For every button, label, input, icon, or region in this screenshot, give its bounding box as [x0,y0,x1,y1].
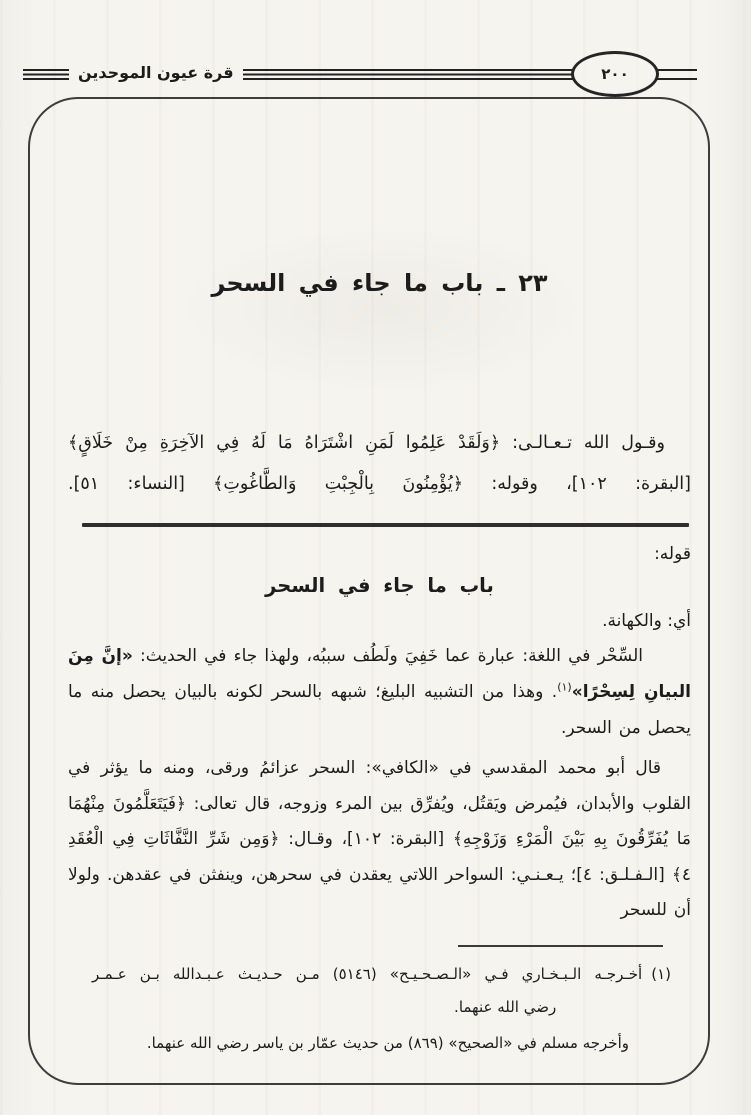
footnote-1: (١) أخـرجـه الـبـخـاري فـي «الـصـحـيـح» … [92,958,671,1024]
footnotes: (١) أخـرجـه الـبـخـاري فـي «الـصـحـيـح» … [92,958,671,1060]
chapter-heading: ٢٣ ـ باب ما جاء في السحر [68,269,691,297]
footnote-1-line-1: أخـرجـه الـبـخـاري فـي «الـصـحـيـح» (٥١٤… [92,958,642,991]
p2-text-after: [الـفـلـق: ٤]؛ يـعـنـي: السواحر اللاتي ي… [68,865,691,921]
book-page: { "colors": { "ink": "#1c1c1c", "paper":… [0,0,751,1115]
footnote-1-body: أخـرجـه الـبـخـاري فـي «الـصـحـيـح» (٥١٤… [92,958,642,1024]
commentary-paragraph-2: قال أبو محمد المقدسي في «الكافي»: السحر … [68,751,691,929]
page-frame: ٢٣ ـ باب ما جاء في السحر وقـول الله تـعـ… [28,97,710,1085]
commentary-paragraph-1: السِّحْر في اللغة: عبارة عما خَفِيَ ولَط… [68,638,691,746]
p2-text-between: [البقرة: ١٠٢]، وقـال: [280,829,453,849]
footnote-ref-1: (١) [557,680,572,693]
p1-text-before: السِّحْر في اللغة: عبارة عما خَفِيَ ولَط… [133,646,643,666]
footnote-separator [458,945,663,947]
page-number-oval: ٢٠٠ [571,51,659,97]
matn-commentary-divider [82,523,689,527]
footnote-1-line-2: رضي الله عنهما. [92,991,556,1024]
header-rule-left [23,69,69,80]
bab-heading: باب ما جاء في السحر [68,574,691,597]
header-rule-right [657,69,697,80]
book-title: قرة عيون الموحدين [78,63,234,82]
footnote-2: وأخرجه مسلم في «الصحيح» (٨٦٩) من حديث عم… [92,1027,629,1060]
footnote-1-marker: (١) [651,958,671,991]
qawluhu-label: قوله: [68,544,691,564]
page-number: ٢٠٠ [601,65,628,83]
ay-line: أي: والكهانة. [68,611,691,631]
matn-verses: وقـول الله تـعـالـى: ﴿وَلَقَدْ عَلِمُوا … [68,423,691,505]
running-head: قرة عيون الموحدين ٢٠٠ [23,53,697,95]
header-rule-middle [243,69,573,80]
